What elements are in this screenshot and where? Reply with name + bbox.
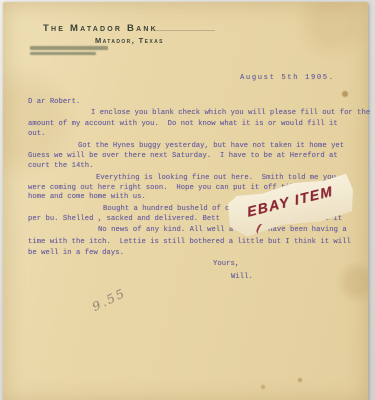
letter-scan: The Matador Bank Matador, Texas August 5… <box>0 0 375 400</box>
date-line: August 5th 1905. <box>240 74 335 83</box>
typed-line: amount of my account with you. Do not kn… <box>28 120 338 129</box>
salutation: D ar Robert. <box>28 98 80 107</box>
letterhead-rule-line <box>153 30 215 31</box>
typed-line: Everything is looking fine out here. Smi… <box>28 174 336 183</box>
officer-name-line <box>30 52 96 56</box>
closing: Yours, <box>213 260 239 269</box>
officer-names-smudge <box>30 46 108 55</box>
typed-line: Guess we will be over there next Saturda… <box>28 152 338 161</box>
letterhead-bank-name: The Matador Bank <box>43 23 158 34</box>
typed-line: court the 14th. <box>28 162 93 171</box>
typed-line: time with the itch. Lettie is still both… <box>28 238 351 247</box>
signature: Will. <box>231 273 253 282</box>
typed-line: I enclose you blank check which you will… <box>28 109 370 118</box>
letter-paper: The Matador Bank Matador, Texas August 5… <box>3 2 368 400</box>
letterhead-city: Matador, Texas <box>95 36 164 45</box>
officer-name-line <box>30 46 108 50</box>
pencil-price-note: 9.55 <box>90 285 129 314</box>
typed-line: home and come home with us. <box>28 193 146 202</box>
typed-line: Got the Hynes buggy yesterday, but have … <box>28 142 344 151</box>
typed-line: No news of any kind. All well a t have b… <box>28 226 347 235</box>
typed-line: be well in a few days. <box>28 249 124 258</box>
typed-line: out. <box>28 130 45 139</box>
